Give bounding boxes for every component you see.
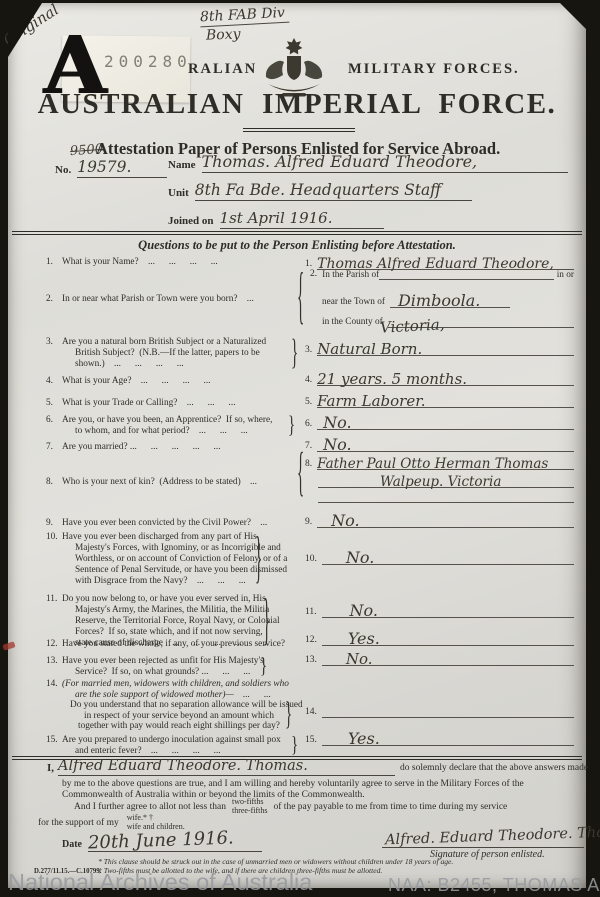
signature-line [382, 847, 584, 848]
answer-8-line2: Walpeup. Victoria [318, 470, 574, 488]
declaration-line1-rest: do solemnly declare that the above answe… [400, 763, 588, 773]
answer-3-value: Natural Born. [317, 340, 422, 358]
answer-11: 11. No. [305, 598, 574, 618]
title-rule [243, 128, 355, 132]
town-label: near the Town of [322, 297, 390, 308]
answer-2-county-line: in the County of [322, 312, 574, 328]
joined-on-value: 1st April 1916. [220, 209, 333, 227]
next-of-kin-address: Walpeup. Victoria [318, 474, 501, 490]
answer-3: 3. Natural Born. [305, 334, 574, 356]
brace-q10: } [255, 534, 262, 591]
answer-4: 4. 21 years. 5 months. [305, 364, 574, 386]
support-row: for the support of my wife.* † wife and … [38, 814, 185, 831]
brace-q2: { [297, 270, 304, 333]
service-number-row: No. 19579. [55, 158, 167, 178]
header-military-forces: MILITARY FORCES. [348, 61, 520, 78]
answer-13: 13. No. [305, 648, 574, 666]
question-5: 5. What is your Trade or Calling? ... ..… [62, 398, 236, 409]
declaration-name: Alfred Eduard Theodore. Thomas. [58, 758, 308, 774]
no-label: No. [55, 164, 71, 178]
answer-6: 6. No. [305, 408, 574, 430]
brace-q6: } [288, 415, 295, 439]
town-value: Dimboola. [390, 291, 480, 310]
date-value: 20th June 1916. [88, 827, 234, 853]
section-rule-top [12, 231, 582, 235]
allot-pre: And I further agree to allot not less th… [74, 802, 226, 812]
question-14: 14. (For married men, widowers with chil… [62, 679, 303, 732]
question-13: 13. Have you ever been rejected as unfit… [62, 656, 264, 678]
brace-q15: } [291, 735, 298, 758]
question-10: 10. Have you ever been discharged from a… [62, 532, 287, 587]
parish-suffix: in or [554, 270, 574, 280]
answer-11-value: No. [322, 601, 378, 620]
page-title: AUSTRALIAN IMPERIAL FORCE. [8, 88, 586, 121]
allot-fraction: two-fifths three-fifths [232, 798, 268, 815]
question-3: 3. Are you a natural born British Subjec… [62, 337, 266, 370]
answer-10: 10. No. [305, 543, 574, 565]
answer-8-blank-line [318, 496, 574, 503]
fraction-three-fifths: three-fifths [232, 807, 268, 816]
answer-12-value: Yes. [322, 629, 380, 648]
support-pre: for the support of my [38, 818, 119, 828]
question-8: 8. Who is your next of kin? (Address to … [62, 477, 257, 488]
watermark-item-reference: NAA: B2455, THOMAS A E T [388, 875, 600, 896]
answer-8-line1: 8. Father Paul Otto Herman Thomas [305, 446, 574, 470]
answer-14: 14. [305, 700, 574, 718]
question-6: 6. Are you, or have you been, an Apprent… [62, 415, 272, 437]
unit-label: Unit [168, 187, 189, 201]
answer-12: 12. Yes. [305, 626, 574, 646]
answer-15: 15. Yes. [305, 726, 574, 746]
answer-15-value: Yes. [322, 729, 380, 748]
question-12: 12. Have you stated the whole, if any, o… [62, 639, 285, 650]
question-4: 4. What is your Age? ... ... ... ... [62, 376, 210, 387]
date-label: Date [62, 839, 82, 852]
question-1: 1. What is your Name? ... ... ... ... [62, 257, 218, 268]
joined-on-label: Joined on [168, 215, 214, 229]
handwritten-box-note: Boxy [206, 26, 241, 43]
answer-2-town-line: near the Town of Dimboola. [322, 288, 510, 308]
scanned-attestation-document: Original 8th FAB Div Boxy A 200280 RALIA… [0, 0, 600, 897]
question-15: 15. Are you prepared to undergo inoculat… [62, 735, 281, 757]
parish-label: In the Parish of [322, 270, 379, 280]
answer-9: 9. No. [305, 507, 574, 528]
watermark-archive-name: National Archives of Australia [8, 869, 312, 896]
barcode-number: 200280 [104, 52, 192, 71]
service-number-value: 19579. [77, 158, 131, 176]
question-9: 9. Have you ever been convicted by the C… [62, 518, 267, 529]
brace-q3: } [291, 337, 298, 373]
name-row: Name Thomas. Alfred Eduard Theodore, [168, 152, 568, 173]
brace-q13: } [260, 656, 267, 679]
unit-row: Unit 8th Fa Bde. Headquarters Staff [168, 181, 472, 201]
header-australian-partial: RALIAN [188, 61, 257, 78]
question-7: 7. Are you married? ... ... ... ... ... [62, 442, 221, 453]
date-row: Date 20th June 1916. [62, 830, 262, 852]
name-value: Thomas. Alfred Eduard Theodore, [202, 152, 478, 171]
answer-10-value: No. [322, 548, 374, 567]
unit-value: 8th Fa Bde. Headquarters Staff [195, 181, 441, 199]
answer-13-value: No. [322, 650, 373, 668]
brace-q14: } [285, 700, 292, 733]
answer-9-value: No. [317, 511, 359, 530]
joined-row: Joined on 1st April 1916. [168, 209, 384, 229]
answer-2-parish-line: 2. In the Parish of in or [310, 264, 574, 280]
county-label: in the County of [322, 317, 388, 328]
declaration-i-label: I, [47, 762, 54, 776]
allot-post: of the pay payable to me from time to ti… [274, 802, 508, 812]
name-label: Name [168, 159, 196, 173]
brace-q8: { [297, 450, 304, 504]
answer-5: 5. Farm Laborer. [305, 386, 574, 408]
declaration-name-row: I, Alfred Eduard Theodore. Thomas. [47, 757, 395, 776]
declaration-line2: by me to the above questions are true, a… [62, 779, 575, 789]
question-2: 2. In or near what Parish or Town were y… [62, 294, 254, 305]
